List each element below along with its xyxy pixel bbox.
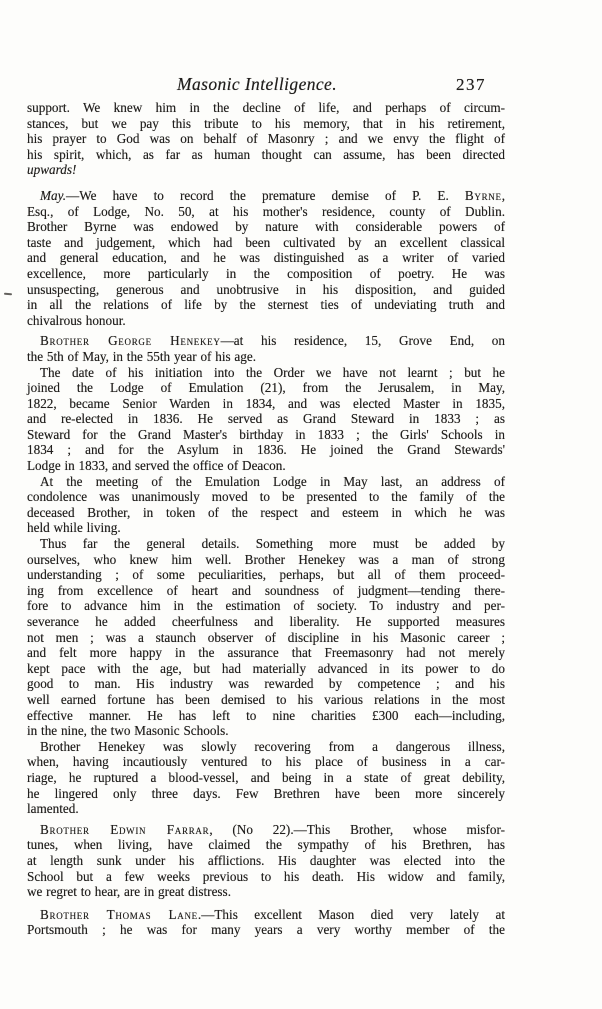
text-segment: good to man. His industry was rewarded b… — [27, 676, 505, 691]
text-line: fore to advance him in the estimation of… — [27, 598, 505, 614]
text-line: his spirit, which, as far as human thoug… — [27, 147, 505, 163]
text-segment: and re-elected in 1836. He served as Gra… — [27, 411, 505, 426]
text-segment: , (No 22).—This Brother, whose misfor- — [209, 822, 505, 837]
text-line: good to man. His industry was rewarded b… — [27, 676, 505, 692]
text-segment: stances, but we pay this tribute to his … — [27, 116, 505, 131]
paragraph: Brother George Henekey—at his residence,… — [27, 333, 505, 364]
italic-text: May. — [40, 188, 66, 203]
text-segment: tunes, when living, have claimed the sym… — [27, 837, 505, 852]
text-line: Steward for the Grand Master's birthday … — [27, 427, 505, 443]
text-line: joined the Lodge of Emulation (21), from… — [27, 380, 505, 396]
text-line: taste and judgement, which had been cult… — [27, 235, 505, 251]
text-line: upwards! — [27, 162, 505, 178]
text-line: held while living. — [27, 520, 505, 536]
text-line: and general education, and he was distin… — [27, 250, 505, 266]
paragraph: support. We knew him in the decline of l… — [27, 100, 505, 178]
page-body: support. We knew him in the decline of l… — [27, 100, 505, 938]
text-segment: when, having incautiously ventured to hi… — [27, 754, 505, 769]
text-line: kept pace with the age, but had material… — [27, 661, 505, 677]
text-segment: we regret to hear, are in great distress… — [27, 884, 231, 899]
text-segment: —We have to record the premature demise … — [66, 188, 465, 203]
text-line: we regret to hear, are in great distress… — [27, 884, 505, 900]
text-line: when, having incautiously ventured to hi… — [27, 754, 505, 770]
text-segment: 1822, became Senior Warden in 1834, and … — [27, 396, 505, 411]
text-segment: and general education, and he was distin… — [27, 250, 505, 265]
running-header: Masonic Intelligence. 237 — [27, 74, 505, 98]
paragraph: Brother Edwin Farrar, (No 22).—This Brot… — [27, 822, 505, 900]
text-segment: kept pace with the age, but had material… — [27, 661, 505, 676]
page-number: 237 — [456, 75, 486, 95]
small-caps-name: Brother George Henekey — [40, 333, 221, 348]
text-segment: .—This excellent Mason died very lately … — [198, 907, 505, 922]
text-line: condolence was unanimously moved to be p… — [27, 489, 505, 505]
small-caps-name: Brother Edwin Farrar — [40, 822, 209, 837]
text-segment: well earned fortune has been demised to … — [27, 692, 505, 707]
text-line: School but a few weeks previous to his d… — [27, 869, 505, 885]
text-line: The date of his initiation into the Orde… — [27, 365, 505, 381]
text-line: at length sunk under his afflictions. Hi… — [27, 853, 505, 869]
paragraph: Brother Henekey was slowly recovering fr… — [27, 739, 505, 817]
text-segment: in all the relations of life by the ster… — [27, 297, 505, 312]
text-line: well earned fortune has been demised to … — [27, 692, 505, 708]
text-line: lamented. — [27, 801, 505, 817]
text-line: the 5th of May, in the 55th year of his … — [27, 349, 505, 365]
text-line: Brother Thomas Lane.—This excellent Maso… — [27, 907, 505, 923]
text-line: and felt more happy in the assurance tha… — [27, 645, 505, 661]
paragraph: May.—We have to record the premature dem… — [27, 188, 505, 328]
text-line: May.—We have to record the premature dem… — [27, 188, 505, 204]
text-segment: his spirit, which, as far as human thoug… — [27, 147, 505, 162]
text-line: tunes, when living, have claimed the sym… — [27, 837, 505, 853]
text-segment: support. We knew him in the decline of l… — [27, 100, 505, 115]
margin-mark — [4, 293, 12, 296]
text-segment: chivalrous honour. — [27, 313, 126, 328]
text-line: Esq., of Lodge, No. 50, at his mother's … — [27, 204, 505, 220]
text-segment: At the meeting of the Emulation Lodge in… — [40, 474, 505, 489]
text-line: Portsmouth ; he was for many years a ver… — [27, 922, 505, 938]
scanned-page: Masonic Intelligence. 237 support. We kn… — [0, 0, 602, 1009]
text-line: Brother Edwin Farrar, (No 22).—This Brot… — [27, 822, 505, 838]
text-line: not men ; was a staunch observer of disc… — [27, 630, 505, 646]
text-segment: joined the Lodge of Emulation (21), from… — [27, 380, 505, 395]
text-segment: his prayer to God was on behalf of Mason… — [27, 131, 505, 146]
text-line: 1822, became Senior Warden in 1834, and … — [27, 396, 505, 412]
text-segment: he lingered only three days. Few Brethre… — [27, 786, 505, 801]
page-title: Masonic Intelligence. — [18, 74, 496, 95]
text-line: 1834 ; and for the Asylum in 1836. He jo… — [27, 442, 505, 458]
text-line: in all the relations of life by the ster… — [27, 297, 505, 313]
text-segment: Brother Henekey was slowly recovering fr… — [40, 739, 505, 754]
text-segment: effective manner. He has left to nine ch… — [27, 708, 505, 723]
text-segment: deceased Brother, in token of the respec… — [27, 505, 505, 520]
text-segment: held while living. — [27, 520, 121, 535]
text-segment: condolence was unanimously moved to be p… — [27, 489, 505, 504]
text-line: unsuspecting, generous and unobtrusive i… — [27, 282, 505, 298]
text-segment: the 5th of May, in the 55th year of his … — [27, 349, 256, 364]
text-segment: , — [502, 188, 505, 203]
text-line: he lingered only three days. Few Brethre… — [27, 786, 505, 802]
paragraph: Brother Thomas Lane.—This excellent Maso… — [27, 907, 505, 938]
text-line: and re-elected in 1836. He served as Gra… — [27, 411, 505, 427]
paragraph: The date of his initiation into the Orde… — [27, 365, 505, 474]
text-line: Thus far the general details. Something … — [27, 536, 505, 552]
text-segment: at length sunk under his afflictions. Hi… — [27, 853, 505, 868]
text-segment: Portsmouth ; he was for many years a ver… — [27, 922, 505, 937]
text-segment: not men ; was a staunch observer of disc… — [27, 630, 505, 645]
text-line: ing from excellence of heart and soundne… — [27, 583, 505, 599]
text-segment: ing from excellence of heart and soundne… — [27, 583, 505, 598]
text-line: Brother Byrne was endowed by nature with… — [27, 219, 505, 235]
small-caps-name: Brother Thomas Lane — [40, 907, 198, 922]
text-segment: lamented. — [27, 801, 79, 816]
text-line: Brother George Henekey—at his residence,… — [27, 333, 505, 349]
text-segment: severance he added cheerfulness and libe… — [27, 614, 505, 629]
text-line: understanding ; of some peculiarities, p… — [27, 567, 505, 583]
text-segment: understanding ; of some peculiarities, p… — [27, 567, 505, 582]
text-segment: The date of his initiation into the Orde… — [40, 365, 505, 380]
text-segment: fore to advance him in the estimation of… — [27, 598, 505, 613]
text-line: excellence, more particularly in the com… — [27, 266, 505, 282]
text-segment: Steward for the Grand Master's birthday … — [27, 427, 505, 442]
text-segment: and felt more happy in the assurance tha… — [27, 645, 505, 660]
text-segment: riage, he ruptured a blood-vessel, and b… — [27, 770, 505, 785]
text-line: At the meeting of the Emulation Lodge in… — [27, 474, 505, 490]
text-segment: Thus far the general details. Something … — [40, 536, 505, 551]
text-line: his prayer to God was on behalf of Mason… — [27, 131, 505, 147]
text-line: riage, he ruptured a blood-vessel, and b… — [27, 770, 505, 786]
text-segment: 1834 ; and for the Asylum in 1836. He jo… — [27, 442, 505, 457]
text-line: in the nine, the two Masonic Schools. — [27, 723, 505, 739]
text-segment: excellence, more particularly in the com… — [27, 266, 505, 281]
small-caps-name: Byrne — [465, 188, 502, 203]
text-segment: Esq., of Lodge, No. 50, at his mother's … — [27, 204, 505, 219]
text-line: Brother Henekey was slowly recovering fr… — [27, 739, 505, 755]
italic-text: upwards! — [27, 162, 76, 177]
text-segment: Lodge in 1833, and served the office of … — [27, 458, 286, 473]
text-segment: ourselves, who knew him well. Brother He… — [27, 552, 505, 567]
text-line: deceased Brother, in token of the respec… — [27, 505, 505, 521]
text-segment: —at his residence, 15, Grove End, on — [221, 333, 505, 348]
text-line: support. We knew him in the decline of l… — [27, 100, 505, 116]
text-line: stances, but we pay this tribute to his … — [27, 116, 505, 132]
text-line: Lodge in 1833, and served the office of … — [27, 458, 505, 474]
text-line: chivalrous honour. — [27, 313, 505, 329]
text-segment: Brother Byrne was endowed by nature with… — [27, 219, 505, 234]
text-line: severance he added cheerfulness and libe… — [27, 614, 505, 630]
text-segment: School but a few weeks previous to his d… — [27, 869, 505, 884]
text-segment: unsuspecting, generous and unobtrusive i… — [27, 282, 505, 297]
text-segment: taste and judgement, which had been cult… — [27, 235, 505, 250]
paragraph: Thus far the general details. Something … — [27, 536, 505, 739]
text-line: effective manner. He has left to nine ch… — [27, 708, 505, 724]
text-line: ourselves, who knew him well. Brother He… — [27, 552, 505, 568]
text-segment: in the nine, the two Masonic Schools. — [27, 723, 229, 738]
paragraph: At the meeting of the Emulation Lodge in… — [27, 474, 505, 536]
